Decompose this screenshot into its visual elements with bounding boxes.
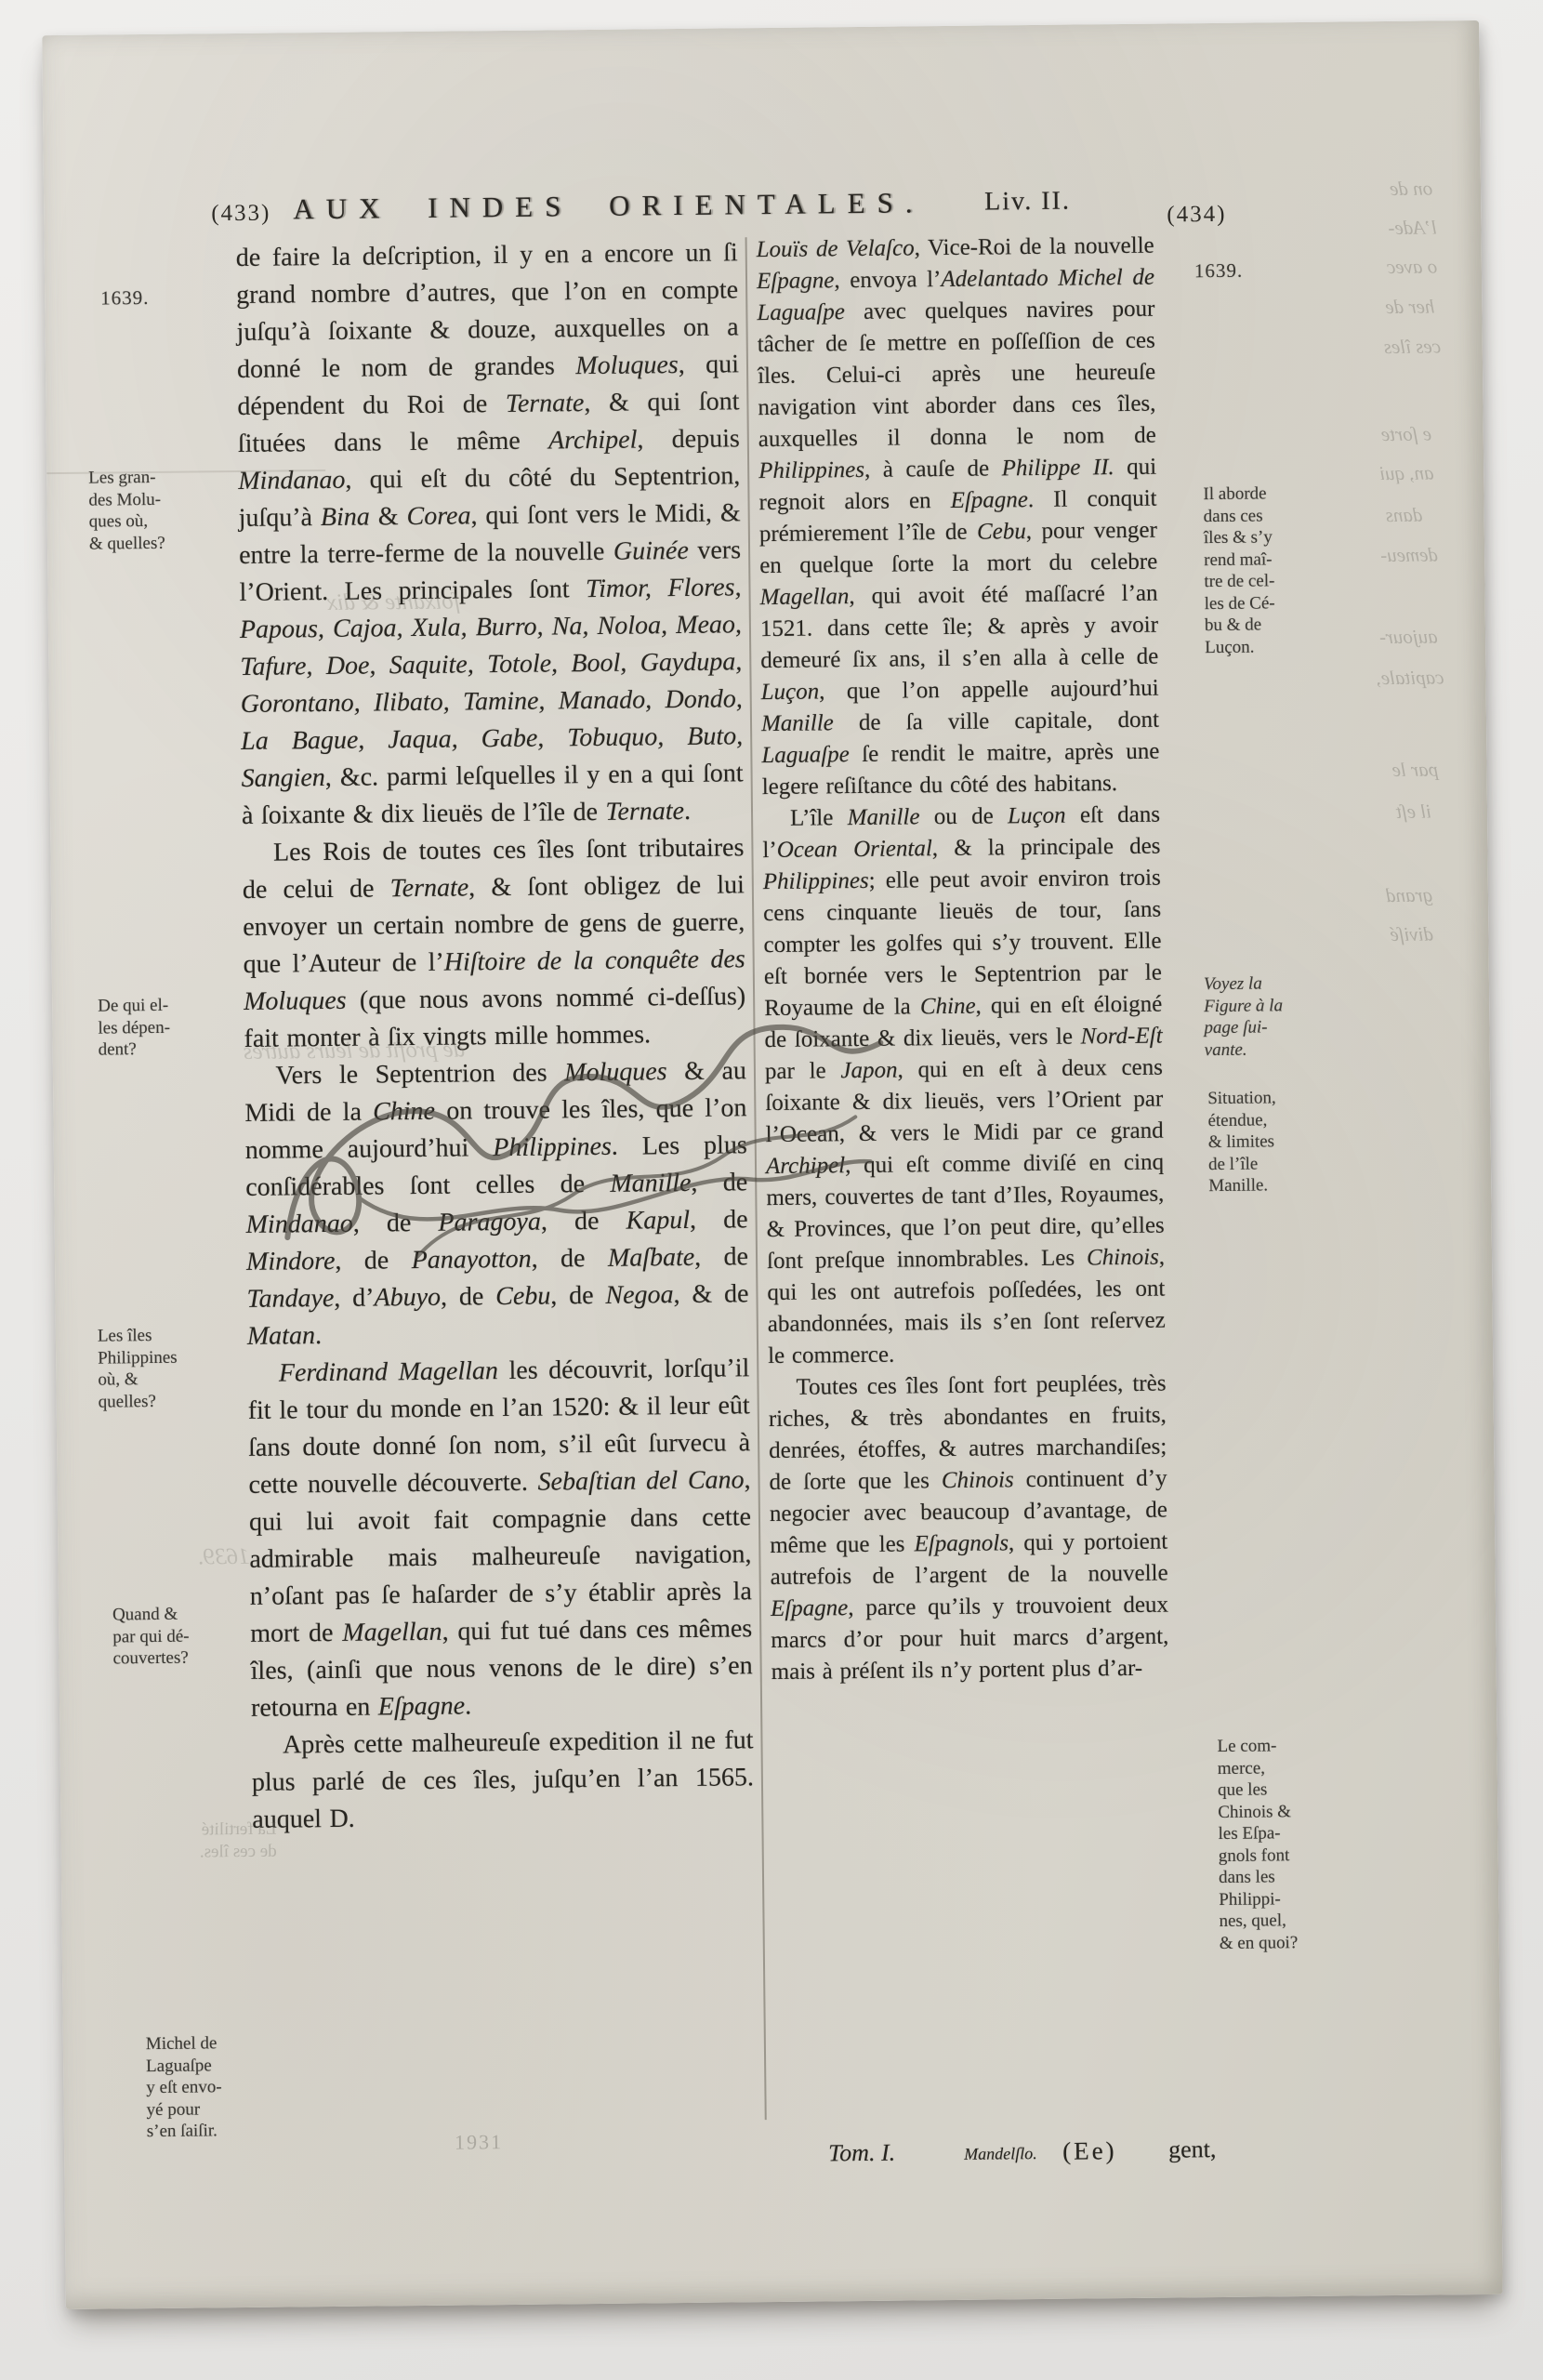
margin-note-le-commerce: Le com- merce, que les Chinois & les Eſp… (1217, 1734, 1367, 1954)
author-signature-name: Mandelſlo. (964, 2144, 1037, 2164)
page-number-left: (433) (211, 201, 270, 228)
margin-note-grandes-moluques: Les gran- des Molu- ques où, & quelles? (88, 466, 247, 555)
bleedthrough-text: demeu- (1380, 543, 1438, 567)
margin-note-situation-manille: Situation, étendue, & limites de l’île M… (1207, 1086, 1357, 1197)
paragraph: Ferdinand Magellan les découvrit, lorſqu… (247, 1350, 753, 1727)
margin-note-voyez-figure: Voyez la Figure à la page ſui- vante. (1204, 972, 1353, 1061)
bleedthrough-text: dans (1386, 504, 1423, 527)
bleedthrough-text: par le (1391, 758, 1438, 782)
bleedthrough-text: 1639. (197, 1544, 250, 1571)
bleedthrough-text: ces îles (1384, 335, 1441, 359)
bleedthrough-text: diviſé (1390, 923, 1433, 946)
bleedthrough-text: ſoixante & dix (327, 588, 460, 615)
bleedthrough-margin-note: La fertilité de ces îles. (137, 1818, 276, 1864)
bleedthrough-text: o avec (1387, 255, 1437, 279)
bleedthrough-text: de profit de leurs autres (244, 1037, 466, 1064)
margin-note-iles-philippines: Les îles Philippines où, & quelles? (98, 1324, 261, 1413)
catchword: gent, (1168, 2135, 1217, 2164)
bleedthrough-text: e ſorte (1381, 423, 1431, 447)
gathering-signature: (Ee) (1062, 2136, 1117, 2166)
signature-line: Tom. I. Mandelſlo. (Ee) gent, (64, 2133, 1501, 2190)
bleedthrough-text: capitale, (1376, 666, 1444, 690)
bleedthrough-text: an, qui (1379, 462, 1434, 486)
year-note-right: 1639. (1194, 260, 1243, 283)
paragraph: de faire la deſcription, il y en a encor… (236, 234, 745, 835)
bleedthrough-text: aujour- (1379, 625, 1438, 649)
running-title-book-label: Liv. II. (984, 187, 1071, 218)
running-header: (433) AUX INDES ORIENTALES. Liv. II. (43… (44, 160, 1482, 240)
photo-background: { "colors": { "paper": "#dcd9d1", "ink":… (0, 0, 1543, 2380)
margin-note-quand-decouvertes: Quand & par qui dé- couvertes? (112, 1603, 271, 1670)
margin-note-michel-laguaspe: Michel de Laguaſpe y eſt envo- yé pour s… (146, 2031, 296, 2142)
paragraph: Après cette malheureuſe expedition il ne… (251, 1722, 754, 1839)
paragraph: Louïs de Velaſco, Vice-Roi de la nouvell… (757, 231, 1160, 803)
bleedthrough-text: her de (1385, 295, 1434, 319)
bleedthrough-text: il eſt (1396, 800, 1431, 824)
bleedthrough-text: on de (1390, 178, 1432, 201)
margin-note-il-aborde: Il aborde dans ces îles & s’y rend maî- … (1203, 482, 1353, 658)
bleedthrough-text: l’Ade- (1388, 216, 1437, 240)
running-title: AUX INDES ORIENTALES. (293, 186, 925, 226)
pencil-number: 1931 (455, 2130, 503, 2155)
page-number-right: (434) (1167, 202, 1226, 229)
year-note-left: 1639. (100, 287, 149, 310)
tome-label: Tom. I. (828, 2139, 895, 2168)
bleedthrough-text: grand (1386, 884, 1432, 908)
paragraph: Toutes ces îles ſont fort peuplées, très… (768, 1368, 1169, 1688)
book-page: (433) AUX INDES ORIENTALES. Liv. II. (43… (42, 20, 1503, 2309)
